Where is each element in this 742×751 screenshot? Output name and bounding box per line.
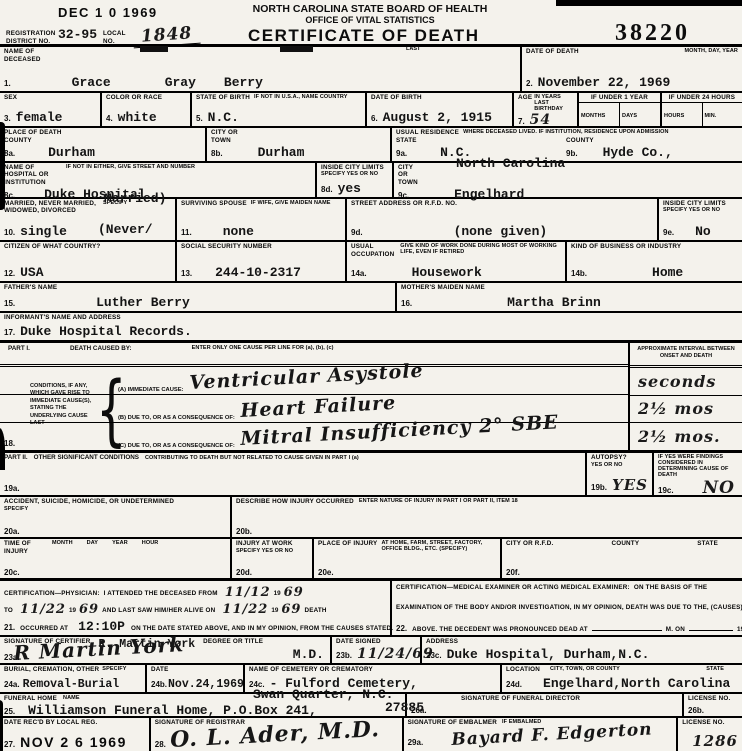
attended-from-year: 69	[284, 585, 304, 600]
me-line1: ON THE BASIS OF THE	[634, 584, 707, 592]
field-sex: SEX 3. female	[0, 93, 100, 126]
sex-num: 3.	[4, 114, 11, 123]
interval-c: 2½ mos.	[630, 423, 742, 450]
field-usual-residence: USUAL RESIDENCE WHERE DECEASED LIVED. IF…	[390, 128, 742, 161]
res-limits-sub: SPECIFY YES OR NO	[663, 207, 738, 213]
industry-label: KIND OF BUSINESS OR INDUSTRY	[571, 243, 738, 251]
age-num: 7.	[518, 117, 525, 126]
time-col-hour: HOUR	[142, 540, 159, 556]
citizen-label: CITIZEN OF WHAT COUNTRY?	[4, 243, 171, 251]
sex-label: SEX	[4, 94, 96, 102]
row-accident-describe: ACCIDENT, SUICIDE, HOMICIDE, OR UNDETERM…	[0, 497, 742, 539]
occupation-sub: GIVE KIND OF WORK DONE DURING MOST OF WO…	[400, 243, 561, 259]
ssn-num: 13.	[181, 269, 192, 278]
field-ssn: SOCIAL SECURITY NUMBER 13. 244-10-2317	[175, 242, 345, 281]
interval-b: 2½ mos	[630, 396, 742, 424]
race-label: COLOR OR RACE	[106, 94, 186, 102]
burial-sub: SPECIFY	[102, 666, 126, 674]
burial-date-value: Nov.24,1969	[168, 678, 244, 691]
age-value: 54	[530, 112, 551, 128]
part1-section: PART I. DEATH CAUSED BY: ENTER ONLY ONE …	[0, 343, 742, 453]
field-place-of-injury: PLACE OF INJURY AT HOME, FARM, STREET, F…	[312, 539, 500, 578]
attended-to-year: 69	[79, 602, 99, 617]
pod-county-num: 8a.	[4, 149, 15, 158]
pod-city-num: 8b.	[211, 149, 223, 158]
describe-sub: ENTER NATURE OF INJURY IN PART I OR PART…	[359, 498, 518, 506]
office-name: OFFICE OF VITAL STATISTICS	[220, 15, 520, 25]
field-describe-injury: DESCRIBE HOW INJURY OCCURRED ENTER NATUR…	[230, 497, 742, 537]
field-age: AGE IN YEARS LAST BIRTHDAY 7. 54	[512, 93, 577, 126]
informant-label: INFORMANT'S NAME AND ADDRESS	[4, 314, 738, 322]
marital-label: MARRIED, NEVER MARRIED, WIDOWED, DIVORCE…	[4, 200, 100, 216]
pod-limits-num: 8d.	[321, 185, 333, 194]
field-res-inside-limits: INSIDE CITY LIMITS SPECIFY YES OR NO 9e.…	[657, 199, 742, 241]
field-pod-city: CITY OR TOWN 8b. Durham	[205, 128, 390, 161]
field-date-received: DATE REC'D BY LOCAL REG. 27. NOV 2 6 196…	[0, 718, 149, 751]
field-injury-city-county-state: CITY OR R.F.D. COUNTY STATE 20f.	[500, 539, 742, 578]
pod-city-value: Durham	[258, 145, 305, 160]
field-informant: INFORMANT'S NAME AND ADDRESS 17. Duke Ho…	[0, 313, 742, 340]
cert-physician-header: CERTIFICATION—PHYSICIAN:	[4, 590, 100, 598]
row-informant: INFORMANT'S NAME AND ADDRESS 17. Duke Ho…	[0, 313, 742, 343]
res-group-label: USUAL RESIDENCE	[396, 129, 459, 137]
field-embalmer-license: LICENSE NO. 1286	[676, 718, 742, 751]
field-industry: KIND OF BUSINESS OR INDUSTRY 14b. Home	[565, 242, 742, 281]
registration-district-value: 32-95	[58, 27, 97, 42]
field-certifier-address: ADDRESS 23c. Duke Hospital, Durham,N.C.	[420, 637, 742, 663]
degree-value: M.D.	[293, 647, 324, 662]
funeral-home-label: FUNERAL HOME	[4, 695, 57, 703]
field-name-of-deceased: NAME OF DECEASED FIRST MIDDLE LAST 1. Gr…	[0, 47, 520, 91]
pod-limits-sub: SPECIFY YES OR NO	[321, 171, 388, 177]
blank-line	[689, 623, 733, 631]
under1yr-label: IF UNDER 1 YEAR	[579, 94, 660, 102]
field-funeral-director-signature: SIGNATURE OF FUNERAL DIRECTOR 26a.	[405, 694, 682, 716]
field-registrar-signature: SIGNATURE OF REGISTRAR 28. O. L. Ader, M…	[149, 718, 402, 751]
attended-from-label: I ATTENDED THE DECEASED FROM	[104, 590, 218, 598]
location-num: 24d.	[506, 680, 522, 689]
res-county-num: 9b.	[566, 149, 578, 158]
time-col-month: MONTH	[52, 540, 73, 556]
sob-value: N.C.	[208, 110, 239, 125]
res-group-sub: WHERE DECEASED LIVED. IF INSTITUTION, RE…	[463, 129, 669, 137]
date-signed-num: 23b.	[336, 651, 352, 660]
injury-county-label: COUNTY	[611, 540, 639, 548]
dod-label: DATE OF DEATH	[526, 48, 579, 56]
sob-label: STATE OF BIRTH	[196, 94, 250, 102]
race-num: 4.	[106, 114, 113, 123]
row-name-dod: NAME OF DECEASED FIRST MIDDLE LAST 1. Gr…	[0, 47, 742, 93]
under24-min-label: MIN.	[705, 113, 717, 119]
name-col-last: LAST	[406, 46, 420, 52]
part1-caused-by: DEATH CAUSED BY:	[70, 345, 132, 352]
cause-b-label: (b) DUE TO, OR AS A CONSEQUENCE OF:	[118, 415, 235, 421]
spouse-value: none	[223, 224, 254, 239]
occupation-value: Housework	[412, 265, 482, 280]
informant-value: Duke Hospital Records.	[20, 324, 192, 339]
field-burial: BURIAL, CREMATION, OTHER SPECIFY 24a. Re…	[0, 665, 145, 692]
form-header: DEC 1 0 1969 NORTH CAROLINA STATE BOARD …	[0, 0, 742, 44]
attended-from-value: 11/12	[225, 585, 271, 600]
row-funeral-home: FUNERAL HOME NAME Swan Quarter, N.C. 25.…	[0, 694, 742, 718]
field-res-county: COUNTY 9b. Hyde Co.,	[566, 137, 738, 160]
mother-label: MOTHER'S MAIDEN NAME	[401, 284, 738, 292]
me-header: CERTIFICATION—MEDICAL EXAMINER OR ACTING…	[396, 584, 630, 592]
autopsy-value: YES	[612, 476, 648, 494]
res-state-num: 9a.	[396, 149, 407, 158]
to-label: TO	[4, 607, 13, 615]
field-mother: MOTHER'S MAIDEN NAME 16. Martha Brinn	[395, 283, 742, 311]
cause-c-label: (c) DUE TO, OR AS A CONSEQUENCE OF:	[118, 443, 235, 449]
field-street-address: STREET ADDRESS OR R.F.D. No. 9d. (none g…	[345, 199, 657, 241]
field-embalmer-signature: SIGNATURE OF EMBALMER IF EMBALMED 29a. B…	[402, 718, 677, 751]
field-father: FATHER'S NAME 15. Luther Berry	[0, 283, 395, 311]
age-sub: IN YEARS LAST BIRTHDAY	[534, 94, 573, 112]
describe-num: 20b.	[236, 527, 252, 536]
burial-date-label: DATE	[151, 666, 239, 674]
location-value: Engelhard,North Carolina	[543, 676, 730, 691]
field-res-city: CITY OR TOWN 9c. Engelhard	[392, 163, 742, 197]
field-spouse: SURVIVING SPOUSE IF WIFE, GIVE MAIDEN NA…	[175, 199, 345, 241]
res-city-label: CITY OR TOWN	[398, 164, 422, 188]
under1yr-months-label: MONTHS	[581, 113, 605, 119]
row-certification: CERTIFICATION—PHYSICIAN: I ATTENDED THE …	[0, 581, 742, 638]
address-label: ADDRESS	[426, 638, 738, 646]
address-num: 23c.	[426, 651, 442, 660]
dod-num: 2.	[526, 79, 533, 88]
marital-value: single	[20, 224, 67, 239]
field-certification-me: CERTIFICATION—MEDICAL EXAMINER OR ACTING…	[390, 581, 742, 636]
row-parents: FATHER'S NAME 15. Luther Berry MOTHER'S …	[0, 283, 742, 313]
field-under-24hr: IF UNDER 24 HOURS HOURS MIN.	[660, 93, 742, 126]
field-other-conditions: PART II. OTHER SIGNIFICANT CONDITIONS CO…	[0, 453, 585, 495]
dob-num: 6.	[371, 114, 378, 123]
field-occupation: USUAL OCCUPATION GIVE KIND OF WORK DONE …	[345, 242, 565, 281]
field-certifier-signature: SIGNATURE OF CERTIFIER R. Martin York DE…	[0, 637, 330, 663]
field-date-signed: DATE SIGNED 23b. 11/24/69	[330, 637, 420, 663]
field-state-of-birth: STATE OF BIRTH IF NOT IN U.S.A., NAME CO…	[190, 93, 365, 126]
father-label: FATHER'S NAME	[4, 284, 391, 292]
dod-sub: MONTH, DAY, YEAR	[684, 48, 738, 56]
me-line3: ABOVE. THE DECEDENT WAS PRONOUNCED DEAD …	[412, 626, 588, 634]
marital-num: 10.	[4, 228, 15, 237]
accident-sub: SPECIFY	[4, 506, 226, 512]
father-num: 15.	[4, 299, 15, 308]
hospital-label: NAME OF HOSPITAL OR INSTITUTION	[4, 164, 62, 188]
address-value: Duke Hospital, Durham,N.C.	[447, 647, 650, 662]
director-label: SIGNATURE OF FUNERAL DIRECTOR	[461, 695, 678, 703]
ssn-label: SOCIAL SECURITY NUMBER	[181, 243, 341, 251]
dob-label: DATE OF BIRTH	[371, 94, 508, 102]
last-saw-value: 11/22	[222, 602, 268, 617]
field-time-of-injury: TIME OF INJURY MONTH DAY YEAR HOUR 20c.	[0, 539, 230, 578]
field-date-of-birth: DATE OF BIRTH 6. August 2, 1915	[365, 93, 512, 126]
date-signed-label: DATE SIGNED	[336, 638, 416, 646]
interval-header: APPROXIMATE INTERVAL BETWEEN ONSET AND D…	[630, 343, 742, 368]
last-saw-year: 69	[281, 602, 301, 617]
under24-hours-label: HOURS	[664, 113, 684, 119]
mother-num: 16.	[401, 299, 412, 308]
me-19: 19	[737, 626, 742, 634]
field-pod-inside-limits: INSIDE CITY LIMITS SPECIFY YES OR NO 8d.…	[315, 163, 392, 197]
field-marital: MARRIED, NEVER MARRIED, WIDOWED, DIVORCE…	[0, 199, 175, 241]
location-sub1: CITY, TOWN, OR COUNTY	[550, 666, 620, 674]
field-findings-considered: IF YES WERE FINDINGS CONSIDERED IN DETER…	[652, 453, 742, 495]
row-certifier-signature: SIGNATURE OF CERTIFIER R. Martin York DE…	[0, 637, 742, 665]
embalmer-num: 29a.	[408, 738, 424, 747]
dod-value: November 22, 1969	[538, 75, 671, 90]
race-value: white	[118, 110, 157, 125]
burial-date-num: 24b.	[151, 680, 167, 689]
street-num: 9d.	[351, 228, 363, 237]
res-state-label: STATE	[396, 137, 566, 145]
part2-section: PART II. OTHER SIGNIFICANT CONDITIONS CO…	[0, 453, 742, 497]
name-col-first: FIRST	[140, 46, 168, 52]
street-label: STREET ADDRESS OR R.F.D. No.	[351, 200, 653, 208]
res-limits-num: 9e.	[663, 228, 674, 237]
res-county-value: Hyde Co.,	[603, 145, 673, 160]
injury-city-label: CITY OR R.F.D.	[506, 540, 553, 548]
burial-label: BURIAL, CREMATION, OTHER	[4, 666, 99, 674]
father-value: Luther Berry	[96, 295, 190, 310]
funeral-home-sub: NAME	[63, 695, 80, 703]
burial-value: Removal-Burial	[23, 678, 120, 691]
occurred-num: 21.	[4, 623, 15, 632]
form-grid: NAME OF DECEASED FIRST MIDDLE LAST 1. Gr…	[0, 44, 742, 751]
describe-label: DESCRIBE HOW INJURY OCCURRED	[236, 498, 354, 506]
row-sex-race-birth: SEX 3. female COLOR OR RACE 4. white STA…	[0, 93, 742, 128]
funeral-home-line1: Swan Quarter, N.C.	[253, 687, 393, 702]
place-injury-num: 20e.	[318, 568, 334, 577]
location-sub2: STATE	[706, 666, 724, 674]
cemetery-label: NAME OF CEMETERY OR CREMATORY	[249, 666, 496, 674]
field-race: COLOR OR RACE 4. white	[100, 93, 190, 126]
injury-city-num: 20f.	[506, 568, 520, 577]
part2-label: PART II.	[4, 454, 28, 461]
pod-city-label: CITY OR TOWN	[211, 129, 239, 145]
location-label: LOCATION	[506, 666, 540, 674]
director-license-num: 26b.	[688, 706, 704, 715]
last-saw-label: AND LAST SAW HIM/HER ALIVE ON	[102, 607, 215, 615]
occurred-label: OCCURRED AT	[20, 625, 68, 633]
field-disposition-location: LOCATION CITY, TOWN, OR COUNTY STATE 24d…	[500, 665, 742, 692]
age-label: AGE	[518, 94, 532, 112]
degree-label: DEGREE OR TITLE	[203, 638, 263, 646]
place-injury-label: PLACE OF INJURY	[318, 540, 377, 552]
time-label: TIME OF INJURY	[4, 540, 38, 556]
field-pod-county: PLACE OF DEATH COUNTY 8a. Durham	[0, 128, 205, 161]
field-date-of-death: DATE OF DEATH MONTH, DAY, YEAR 2. Novemb…	[520, 47, 742, 91]
registrar-num: 28.	[155, 740, 166, 749]
part2-title: OTHER SIGNIFICANT CONDITIONS	[34, 454, 139, 461]
burial-num: 24a.	[4, 680, 20, 689]
name-col-middle: MIDDLE	[280, 46, 313, 52]
cause-a-label: (a) IMMEDIATE CAUSE:	[118, 387, 184, 393]
findings-value: NO	[703, 478, 735, 498]
time-num: 20c.	[4, 568, 20, 577]
pod-limits-value: yes	[338, 181, 361, 196]
row-injury-details: TIME OF INJURY MONTH DAY YEAR HOUR 20c. …	[0, 539, 742, 581]
part1-label: PART I.	[8, 345, 30, 352]
informant-num: 17.	[4, 328, 15, 337]
certificate-number: 38220	[615, 20, 690, 47]
field-burial-date: DATE 24b. Nov.24,1969	[145, 665, 243, 692]
field-res-state: STATE 9a. N.C. North Carolina	[396, 137, 566, 160]
hospital-sub: IF NOT IN EITHER, GIVE STREET AND NUMBER	[66, 164, 195, 188]
citizen-value: USA	[20, 265, 43, 280]
under1yr-days-label: DAYS	[622, 113, 637, 119]
row-citizen-occupation: CITIZEN OF WHAT COUNTRY? 12. USA SOCIAL …	[0, 242, 742, 283]
accident-label: ACCIDENT, SUICIDE, HOMICIDE, OR UNDETERM…	[4, 498, 226, 506]
received-stamp: NOV 2 6 1969	[20, 734, 127, 750]
row-pod-residence-1: PLACE OF DEATH COUNTY 8a. Durham CITY OR…	[0, 128, 742, 163]
death-certificate-document: DEC 1 0 1969 NORTH CAROLINA STATE BOARD …	[0, 0, 742, 751]
autopsy-label: AUTOPSY?	[591, 454, 648, 462]
pod-county-value: Durham	[48, 145, 95, 160]
time-col-day: DAY	[87, 540, 98, 556]
marital-note-2: Married)	[104, 191, 166, 206]
me-num: 22.	[396, 624, 407, 633]
under24-label: IF UNDER 24 HOURS	[662, 94, 742, 102]
ssn-value: 244-10-2317	[215, 265, 301, 280]
field-director-license: LICENSE NO. 26b.	[682, 694, 742, 716]
yr-label-1: 19	[274, 590, 281, 597]
director-license-label: LICENSE NO.	[688, 695, 738, 703]
name-middle-value: Gray	[165, 75, 196, 90]
part2-sub: CONTRIBUTING TO DEATH BUT NOT RELATED TO…	[145, 454, 359, 461]
industry-value: Home	[652, 265, 683, 280]
spouse-sub: IF WIFE, GIVE MAIDEN NAME	[251, 200, 331, 208]
dob-value: August 2, 1915	[383, 110, 492, 125]
field-autopsy: AUTOPSY? YES OR NO 19b. YES	[585, 453, 652, 495]
blank-line	[592, 623, 662, 631]
at-work-label: INJURY AT WORK	[236, 540, 308, 548]
attended-to-value: 11/22	[20, 602, 66, 617]
name-last-value: Berry	[224, 75, 263, 90]
res-county-label: COUNTY	[566, 137, 738, 145]
name-num: 1.	[4, 79, 11, 88]
street-value: (none given)	[454, 224, 548, 239]
sex-value: female	[16, 110, 63, 125]
received-label: DATE REC'D BY LOCAL REG.	[4, 719, 145, 727]
marital-note-1: (Never/	[98, 222, 153, 237]
field-under-1yr: IF UNDER 1 YEAR MONTHS DAYS	[577, 93, 660, 126]
interval-a: seconds	[630, 368, 742, 396]
name-label: NAME OF DECEASED	[4, 48, 44, 64]
received-num: 27.	[4, 740, 15, 749]
field-injury-at-work: INJURY AT WORK SPECIFY YES OR NO 20d.	[230, 539, 312, 578]
part1-instruction: ENTER ONLY ONE CAUSE PER LINE FOR (a), (…	[192, 345, 334, 351]
pod-limits-label: INSIDE CITY LIMITS	[321, 164, 388, 172]
yr-label-3: 19	[271, 607, 278, 614]
sob-num: 5.	[196, 114, 203, 123]
funeral-home-line2: Williamson Funeral Home, P.O.Box 241,	[28, 703, 317, 718]
embalmer-license-value: 1286	[692, 732, 738, 750]
row-marital-street: MARRIED, NEVER MARRIED, WIDOWED, DIVORCE…	[0, 199, 742, 243]
cause-line-c: (c) DUE TO, OR AS A CONSEQUENCE OF: Mitr…	[0, 423, 628, 450]
industry-num: 14b.	[571, 269, 587, 278]
citizen-num: 12.	[4, 269, 15, 278]
registration-block: REGISTRATION DISTRICT NO. 32-95 LOCAL NO…	[6, 25, 200, 46]
row-registrar-embalmer: DATE REC'D BY LOCAL REG. 27. NOV 2 6 196…	[0, 718, 742, 751]
spouse-label: SURVIVING SPOUSE	[181, 200, 247, 208]
at-work-sub: SPECIFY YES OR NO	[236, 548, 308, 554]
time-col-year: YEAR	[112, 540, 128, 556]
me-m-on: M. ON	[666, 626, 685, 634]
part2-num: 19a.	[4, 484, 20, 493]
agency-title: NORTH CAROLINA STATE BOARD OF HEALTH OFF…	[220, 3, 520, 25]
place-injury-sub: AT HOME, FARM, STREET, FACTORY, OFFICE B…	[381, 540, 491, 552]
occupation-num: 14a.	[351, 269, 367, 278]
me-line2: EXAMINATION OF THE BODY AND/OR INVESTIGA…	[396, 604, 742, 612]
name-first-value: Grace	[72, 75, 111, 90]
mother-value: Martha Brinn	[507, 295, 601, 310]
field-accident: ACCIDENT, SUICIDE, HOMICIDE, OR UNDETERM…	[0, 497, 230, 537]
sob-sub: IF NOT IN U.S.A., NAME COUNTRY	[254, 94, 348, 102]
res-limits-value: No	[695, 224, 711, 239]
occurred-time: 12:10P	[78, 619, 125, 634]
funeral-home-num: 25.	[4, 707, 15, 716]
pod-county-label: COUNTY	[4, 137, 201, 145]
received-date-stamp: DEC 1 0 1969	[58, 5, 158, 20]
accident-num: 20a.	[4, 527, 20, 536]
death-word: DEATH	[304, 607, 326, 615]
funeral-home-zip: 27885	[385, 700, 424, 715]
pod-group-label: PLACE OF DEATH	[4, 129, 201, 137]
board-name: NORTH CAROLINA STATE BOARD OF HEALTH	[220, 3, 520, 15]
at-work-num: 20d.	[236, 568, 252, 577]
injury-state-label: STATE	[697, 540, 718, 548]
yr-label-2: 19	[69, 607, 76, 614]
autopsy-sub: YES OR NO	[591, 462, 648, 468]
findings-num: 19c.	[658, 486, 674, 495]
interval-column: APPROXIMATE INTERVAL BETWEEN ONSET AND D…	[628, 343, 742, 450]
res-state-value-2: North Carolina	[456, 156, 565, 171]
embalmer-label: SIGNATURE OF EMBALMER	[408, 719, 497, 727]
certificate-title: CERTIFICATE OF DEATH	[248, 26, 479, 46]
autopsy-num: 19b.	[591, 483, 607, 492]
occupation-label: USUAL OCCUPATION	[351, 243, 397, 259]
field-citizen: CITIZEN OF WHAT COUNTRY? 12. USA	[0, 242, 175, 281]
spouse-num: 11.	[181, 228, 192, 237]
findings-label: IF YES WERE FINDINGS CONSIDERED IN DETER…	[658, 454, 738, 478]
res-limits-label: INSIDE CITY LIMITS	[663, 200, 738, 208]
embalmer-license-label: LICENSE NO.	[682, 719, 738, 727]
field-certification-physician: CERTIFICATION—PHYSICIAN: I ATTENDED THE …	[0, 581, 390, 636]
part1-main: PART I. DEATH CAUSED BY: ENTER ONLY ONE …	[0, 343, 628, 450]
field-funeral-home: FUNERAL HOME NAME Swan Quarter, N.C. 25.…	[0, 694, 405, 716]
